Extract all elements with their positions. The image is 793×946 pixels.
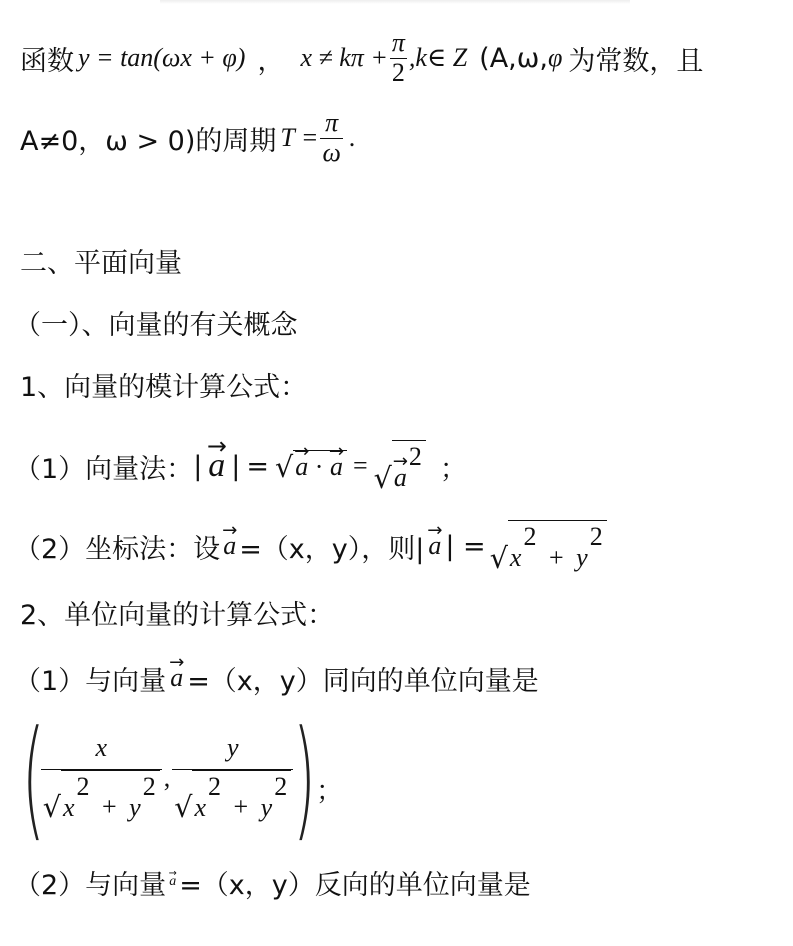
section-title-plane-vectors: 二、平面向量 (20, 230, 182, 290)
math-period-lhs: T = (280, 123, 318, 153)
cropped-previous-line (160, 0, 630, 4)
item-title-unit-vector: 2、单位向量的计算公式： (20, 582, 334, 642)
text-assign-coords: =（x，y），则| (239, 527, 424, 566)
right-paren: ) (293, 713, 316, 843)
math-vector-a-small: a (169, 874, 176, 890)
math-pi-over-omega: π ω (320, 109, 342, 167)
text-period-end: . (349, 123, 356, 153)
left-paren: ( (22, 713, 45, 843)
opposite-direction-unit-vector-line: （2）与向量 a =（x，y）反向的单位向量是 (14, 852, 531, 912)
abs-bar-left: | (193, 451, 202, 482)
text-opposite-direction-label: （2）与向量 (14, 863, 166, 902)
math-vector-a: a (223, 531, 236, 561)
math-sqrt-x2-plus-y2: √ x2 + y2 (490, 520, 607, 572)
period-line: A≠0，ω > 0)的周期 T = π ω . (20, 108, 355, 168)
text-coordinate-method-label: （2）坐标法：设 (14, 527, 220, 566)
abs-bar-right: | (231, 451, 240, 482)
text-equals-2: = (353, 451, 368, 481)
math-sqrt-a-squared: √ a2 (374, 440, 426, 492)
text-equals: = (246, 451, 269, 482)
subsection-title-vector-concepts: （一）、向量的有关概念 (14, 292, 298, 352)
math-tan-function: y = tan(ωx + φ) (78, 43, 245, 73)
text-separator: ， (257, 39, 284, 78)
math-phi: φ (548, 43, 562, 73)
math-vector-a: a (170, 663, 183, 693)
text-vector-method-label: （1）向量法： (14, 447, 193, 486)
math-x-over-norm: x √ x2 + y2 (41, 734, 162, 822)
math-vector-a: a (208, 447, 225, 485)
unit-vector-formula: ( x √ x2 + y2 , y √ x2 + y2 ) ； (8, 716, 343, 840)
math-domain-condition-left: x ≠ kπ + (300, 43, 387, 73)
text-period-prefix: A≠0，ω > 0)的周期 (20, 119, 276, 158)
vector-method-line: （1）向量法： | a | = √ a · a = √ a2 ； (14, 436, 467, 496)
coordinate-method-line: （2）坐标法：设 a =（x，y），则| a | = √ x2 + y2 (14, 516, 607, 576)
text-constants-open: (A,ω, (479, 43, 548, 74)
text-semicolon: ； (316, 769, 343, 808)
text-same-direction-rest: =（x，y）同向的单位向量是 (187, 659, 539, 698)
text-same-direction-label: （1）与向量 (14, 659, 166, 698)
math-vector-a-abs: a (428, 531, 441, 561)
text-semicolon: ； (440, 447, 467, 486)
math-comma: , (164, 763, 171, 793)
text-opposite-direction-rest: =（x，y）反向的单位向量是 (179, 863, 531, 902)
item-title-vector-magnitude: 1、向量的模计算公式： (20, 354, 307, 414)
math-domain-condition-right: ,k∈ Z (409, 43, 467, 73)
math-sqrt-a-dot-a: √ a · a (275, 450, 347, 482)
text-constants-suffix: 为常数，且 (568, 39, 703, 78)
same-direction-unit-vector-line: （1）与向量 a =（x，y）同向的单位向量是 (14, 648, 539, 708)
math-pi-over-2: π 2 (390, 29, 407, 87)
math-y-over-norm: y √ x2 + y2 (172, 734, 293, 822)
text-function-prefix: 函数 (20, 39, 74, 78)
tan-function-line: 函数 y = tan(ωx + φ) ， x ≠ kπ + π 2 ,k∈ Z … (20, 28, 703, 88)
text-abs-close-equals: | = (445, 531, 485, 562)
